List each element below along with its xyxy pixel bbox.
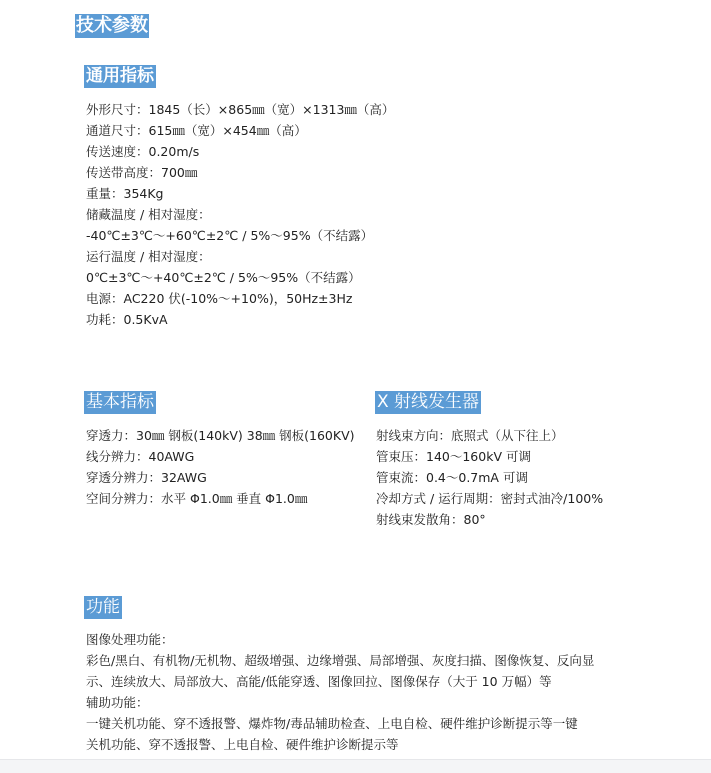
spec-line-storage-value: -40℃±3℃～+60℃±2℃ / 5%～95%（不结露） (86, 225, 394, 246)
basic-specs: 穿透力：30㎜ 钢板(140kV) 38㎜ 钢板(160KV) 线分辨力：40A… (86, 425, 355, 509)
section-heading-basic: 基本指标 (84, 391, 156, 414)
spec-line-penetration-resolution: 穿透分辨力：32AWG (86, 467, 355, 488)
footer-strip (0, 759, 711, 773)
spec-line-penetration: 穿透力：30㎜ 钢板(140kV) 38㎜ 钢板(160KV) (86, 425, 355, 446)
section-heading-general: 通用指标 (84, 65, 156, 88)
spec-line-conveyor-speed: 传送速度：0.20m/s (86, 141, 394, 162)
function-line-image-processing-label: 图像处理功能： (86, 629, 594, 650)
section-heading-xray: X 射线发生器 (375, 391, 481, 414)
functions-list: 图像处理功能： 彩色/黑白、有机物/无机物、超级增强、边缘增强、局部增强、灰度扫… (86, 629, 594, 755)
spec-line-wire-resolution: 线分辨力：40AWG (86, 446, 355, 467)
spec-line-beam-angle: 射线束发散角：80° (376, 509, 603, 530)
xray-specs: 射线束方向：底照式（从下往上） 管束压：140～160kV 可调 管束流：0.4… (376, 425, 603, 530)
general-specs: 外形尺寸：1845（长）×865㎜（宽）×1313㎜（高） 通道尺寸：615㎜（… (86, 99, 394, 330)
spec-line-spatial-resolution: 空间分辨力：水平 Φ1.0㎜ 垂直 Φ1.0㎜ (86, 488, 355, 509)
spec-line-weight: 重量：354Kg (86, 183, 394, 204)
spec-line-tube-current: 管束流：0.4～0.7mA 可调 (376, 467, 603, 488)
function-line-auxiliary-2: 关机功能、穿不透报警、上电自检、硬件维护诊断提示等 (86, 734, 594, 755)
spec-line-cooling: 冷却方式 / 运行周期：密封式油冷/100% (376, 488, 603, 509)
spec-line-power-supply: 电源：AC220 伏(-10%～+10%)，50Hz±3Hz (86, 288, 394, 309)
function-line-image-processing-1: 彩色/黑白、有机物/无机物、超级增强、边缘增强、局部增强、灰度扫描、图像恢复、反… (86, 650, 594, 671)
spec-line-beam-direction: 射线束方向：底照式（从下往上） (376, 425, 603, 446)
function-line-auxiliary-1: 一键关机功能、穿不透报警、爆炸物/毒品辅助检查、上电自检、硬件维护诊断提示等一键 (86, 713, 594, 734)
spec-line-operating-value: 0℃±3℃～+40℃±2℃ / 5%～95%（不结露） (86, 267, 394, 288)
spec-line-storage-label: 储藏温度 / 相对湿度： (86, 204, 394, 225)
spec-line-tube-voltage: 管束压：140～160kV 可调 (376, 446, 603, 467)
spec-line-dimensions: 外形尺寸：1845（长）×865㎜（宽）×1313㎜（高） (86, 99, 394, 120)
spec-line-power-consumption: 功耗：0.5KvA (86, 309, 394, 330)
function-line-auxiliary-label: 辅助功能： (86, 692, 594, 713)
page-title: 技术参数 (75, 14, 149, 38)
spec-line-operating-label: 运行温度 / 相对湿度： (86, 246, 394, 267)
spec-line-tunnel-size: 通道尺寸：615㎜（宽）×454㎜（高） (86, 120, 394, 141)
spec-line-conveyor-height: 传送带高度：700㎜ (86, 162, 394, 183)
function-line-image-processing-2: 示、连续放大、局部放大、高能/低能穿透、图像回拉、图像保存（大于 10 万幅）等 (86, 671, 594, 692)
section-heading-functions: 功能 (84, 596, 122, 619)
